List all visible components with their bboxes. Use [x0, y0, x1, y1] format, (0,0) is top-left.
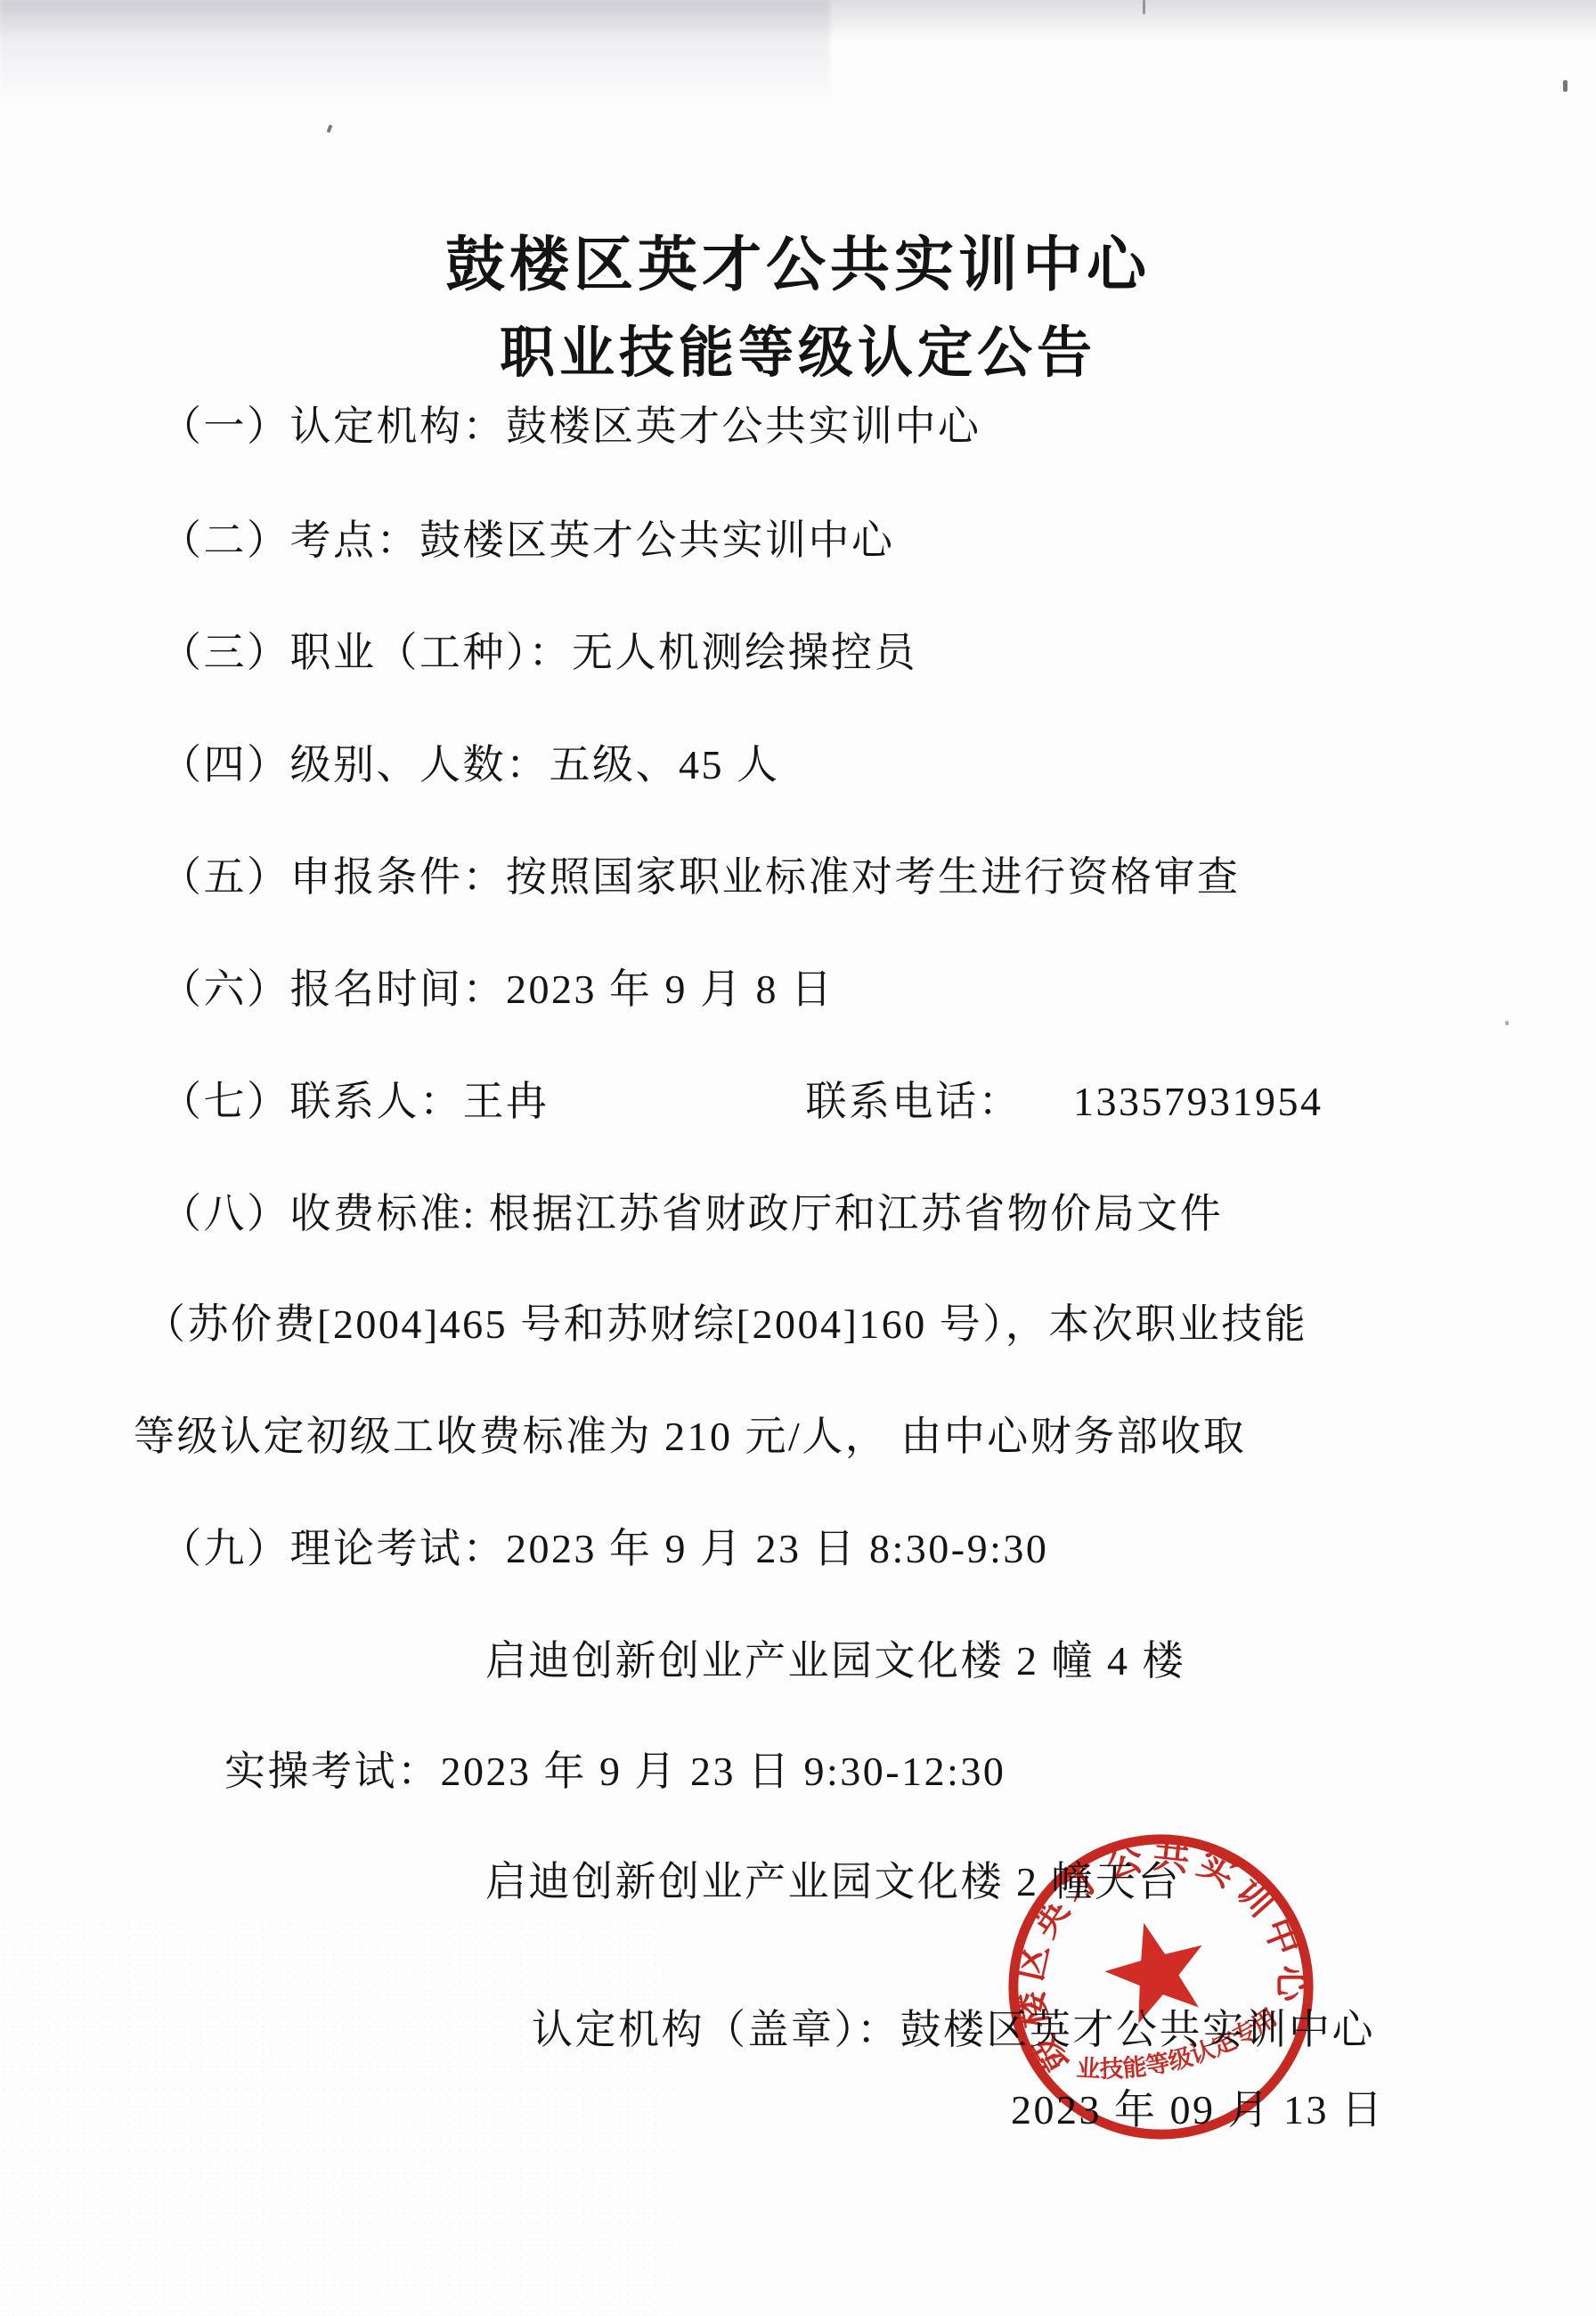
date-line: 2023 年 09 月 13 日 — [1011, 2086, 1385, 2134]
item-theory-exam: （九）理论考试：2023 年 9 月 23 日 8:30-9:30 — [160, 1525, 1048, 1573]
scan-noise-band-left — [0, 0, 830, 107]
item-level-headcount: （四）级别、人数：五级、45 人 — [160, 741, 780, 789]
scan-speck — [1143, 0, 1145, 14]
page-title-line2: 职业技能等级认定公告 — [0, 308, 1596, 387]
item-exam-site: （二）考点：鼓楼区英才公共实训中心 — [160, 517, 895, 565]
theory-exam-venue: 启迪创新创业产业园文化楼 2 幢 4 楼 — [485, 1637, 1185, 1685]
item-certifying-body: （一）认定机构：鼓楼区英才公共实训中心 — [160, 403, 981, 451]
item-registration-date: （六）报名时间：2023 年 9 月 8 日 — [160, 966, 835, 1014]
item-occupation: （三）职业（工种）：无人机测绘操控员 — [160, 629, 917, 677]
seal-banner-text: 职业技能等级认定专用章 — [966, 1792, 1287, 2116]
practical-exam: 实操考试：2023 年 9 月 23 日 9:30-12:30 — [224, 1748, 1006, 1796]
item-requirements: （五）申报条件：按照国家职业标准对考生进行资格审查 — [160, 853, 1241, 901]
scan-noise-band — [0, 0, 1596, 41]
scan-speck — [1505, 1021, 1509, 1025]
scan-speck — [327, 125, 333, 134]
seal-banner-textpath: 职业技能等级认定专用章 — [966, 1792, 1287, 2116]
item-fee-line2: （苏价费[2004]465 号和苏财综[2004]160 号），本次职业技能 — [144, 1301, 1307, 1349]
page-title-line1: 鼓楼区英才公共实训中心 — [0, 217, 1596, 303]
contact-phone-label: 联系电话： — [806, 1078, 1022, 1126]
item-fee-line3: 等级认定初级工收费标准为 210 元/人， 由中心财务部收取 — [134, 1413, 1246, 1461]
scan-speck — [1563, 80, 1567, 92]
item-contact-row: （七）联系人：王冉 联系电话： 13357931954 — [160, 1078, 1323, 1126]
item-fee-line1: （八）收费标准: 根据江苏省财政厅和江苏省物价局文件 — [160, 1190, 1223, 1238]
paper-grain — [0, 1915, 677, 2316]
scanned-announcement-page: 鼓楼区英才公共实训中心 职业技能等级认定公告 （一）认定机构：鼓楼区英才公共实训… — [0, 0, 1596, 2316]
signature-line: 认定机构（盖章）：鼓楼区英才公共实训中心 — [532, 2006, 1375, 2054]
practical-exam-venue: 启迪创新创业产业园文化楼 2 幢天台 — [485, 1858, 1181, 1906]
contact-phone-number: 13357931954 — [1073, 1078, 1323, 1126]
contact-person: （七）联系人：王冉 — [160, 1078, 550, 1126]
